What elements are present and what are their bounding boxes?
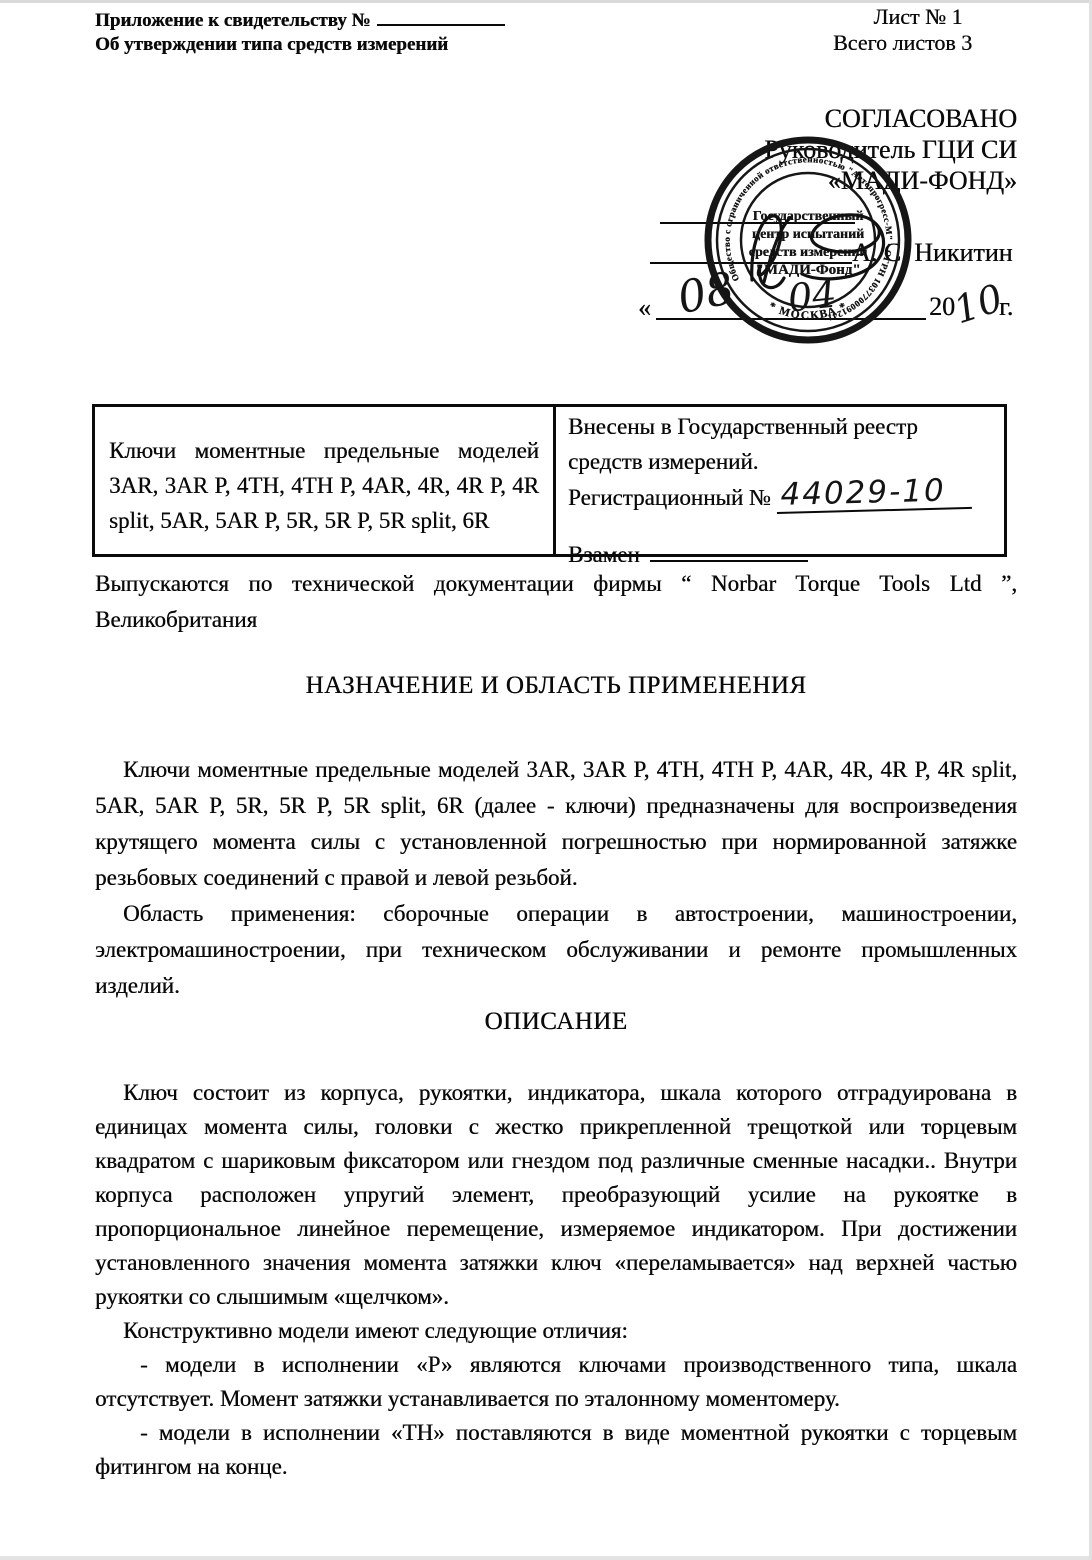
certificate-number-blank xyxy=(377,6,505,26)
device-models-cell: Ключи моментные предельные моделей 3AR, … xyxy=(95,407,556,554)
description-paragraph: Ключ состоит из корпуса, рукоятки, индик… xyxy=(95,1076,1017,1314)
purpose-paragraph: Ключи моментные предельные моделей 3AR, … xyxy=(95,752,1017,896)
scan-edge-bottom xyxy=(0,1556,1092,1560)
document-body: Выпускаются по технической документации … xyxy=(95,566,1017,1484)
registration-number: 44029-10 xyxy=(776,474,972,514)
registry-cell: Внесены в Государственный реестр средств… xyxy=(556,407,1004,554)
registered-text: Внесены в Государственный реестр средств… xyxy=(568,409,994,479)
replace-blank xyxy=(650,542,808,562)
total-sheets: Всего листов 3 xyxy=(833,30,1003,56)
scan-edge-top xyxy=(0,0,1092,3)
header-left-line1: Приложение к свидетельству № xyxy=(95,6,505,33)
design-differences-intro: Конструктивно модели имеют следующие отл… xyxy=(95,1314,1017,1348)
appendix-label: Приложение к свидетельству № xyxy=(95,10,371,31)
handwritten-year: 10 xyxy=(948,276,1008,333)
application-paragraph: Область применения: сборочные операции в… xyxy=(95,896,1017,1004)
registration-label: Регистрационный № xyxy=(568,485,771,510)
section-heading-description: ОПИСАНИЕ xyxy=(95,1004,1017,1040)
registration-row: Регистрационный № 44029-10 xyxy=(568,479,994,515)
document-page: Приложение к свидетельству № Об утвержде… xyxy=(0,0,1092,1560)
sheet-number: Лист № 1 xyxy=(833,4,1003,30)
header-left: Приложение к свидетельству № Об утвержде… xyxy=(95,6,505,57)
manufacturer-note: Выпускаются по технической документации … xyxy=(95,566,1017,638)
agreed-title: СОГЛАСОВАНО xyxy=(617,103,1017,134)
header-right: Лист № 1 Всего листов 3 xyxy=(833,4,1003,56)
stamp-center-line2: центр испытаний xyxy=(752,227,864,242)
design-difference-item-th: - модели в исполнении «ТН» поставляются … xyxy=(95,1416,1017,1484)
replace-label: Взамен xyxy=(568,542,640,567)
handwritten-month: 04 xyxy=(786,272,839,321)
header-left-line2: Об утверждении типа средств измерений xyxy=(95,33,505,57)
section-heading-purpose: НАЗНАЧЕНИЕ И ОБЛАСТЬ ПРИМЕНЕНИЯ xyxy=(95,668,1017,704)
date-open-quote: « xyxy=(638,293,651,323)
registry-table: Ключи моментные предельные моделей 3AR, … xyxy=(92,404,1007,557)
design-difference-item-p: - модели в исполнении «Р» являются ключа… xyxy=(95,1348,1017,1416)
